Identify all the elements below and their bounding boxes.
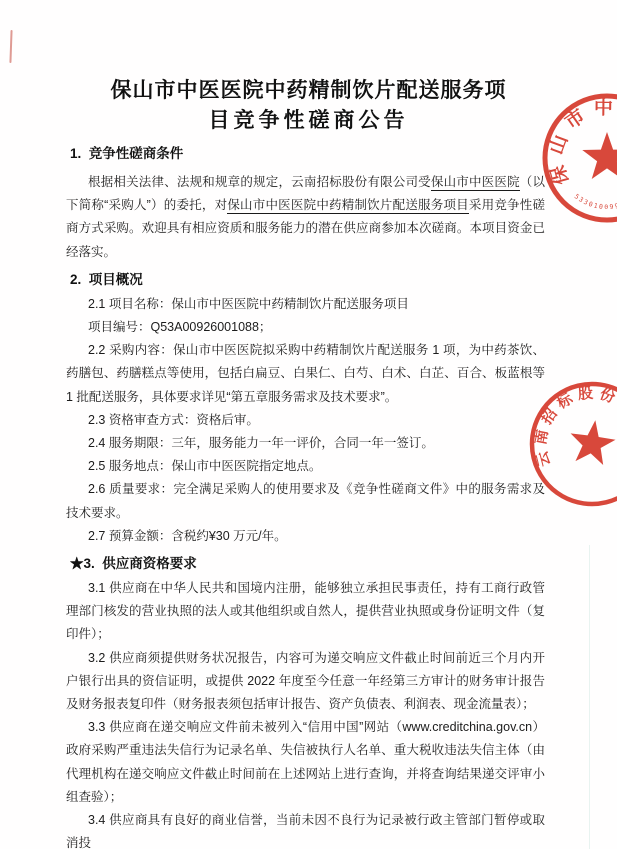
document-title: 保山市中医医院中药精制饮片配送服务项 目竞争性磋商公告 xyxy=(0,76,617,136)
svg-text:5330100991180: 5330100991180 xyxy=(573,192,617,211)
seal-serial-number: 5330100991180 xyxy=(573,192,617,211)
svg-text:云南招标股份有限公司: 云南招标股份有限公司 xyxy=(528,375,617,484)
underlined-project-name: 保山市中医医院中药精制饮片配送服务项目 xyxy=(227,198,469,214)
scan-red-mark xyxy=(9,30,12,63)
scan-fold-line xyxy=(589,545,590,849)
paragraph-consultation-conditions: 根据相关法律、法规和规章的规定，云南招标股份有限公司受保山市中医医院（以下简称“… xyxy=(66,171,545,264)
item-project-name: 2.1 项目名称：保山市中医医院中药精制饮片配送服务项目 xyxy=(66,293,545,316)
official-seal-hospital: 保山市中医医院 5330100991180 xyxy=(532,83,617,233)
item-quality-requirement: 2.6 质量要求：完全满足采购人的使用要求及《竞争性磋商文件》中的服务需求及技术… xyxy=(66,478,545,524)
seal-org-text: 云南招标股份有限公司 xyxy=(528,375,617,484)
document-page: 保山市中医医院中药精制饮片配送服务项 目竞争性磋商公告 1. 竞争性磋商条件 根… xyxy=(0,0,617,849)
item-service-location: 2.5 服务地点：保山市中医医院指定地点。 xyxy=(66,455,545,478)
underlined-purchaser-name: 保山市中医医院 xyxy=(431,175,520,191)
official-seal-tender-agency: 云南招标股份有限公司 xyxy=(507,359,617,528)
item-service-period: 2.4 服务期限：三年，服务能力一年一评价，合同一年一签订。 xyxy=(66,432,545,455)
title-line-1: 保山市中医医院中药精制饮片配送服务项 xyxy=(0,76,617,106)
item-procurement-content: 2.2 采购内容：保山市中医医院拟采购中药精制饮片配送服务 1 项，为中药茶饮、… xyxy=(66,339,545,409)
star-icon xyxy=(567,417,617,466)
item-project-number: 项目编号：Q53A00926001088； xyxy=(66,316,545,339)
document-body: 1. 竞争性磋商条件 根据相关法律、法规和规章的规定，云南招标股份有限公司受保山… xyxy=(66,143,545,849)
section-1-heading: 1. 竞争性磋商条件 xyxy=(66,143,545,165)
item-business-reputation: 3.4 供应商具有良好的商业信誉，当前未因不良行为记录被行政主管部门暂停或取消投 xyxy=(66,809,545,849)
item-supplier-registration: 3.1 供应商在中华人民共和国境内注册，能够独立承担民事责任，持有工商行政管理部… xyxy=(66,577,545,647)
item-credit-china: 3.3 供应商在递交响应文件前未被列入“信用中国”网站（www.creditch… xyxy=(66,716,545,809)
item-financial-report: 3.2 供应商须提供财务状况报告，内容可为递交响应文件截止时间前近三个月内开户银… xyxy=(66,647,545,717)
section-3-heading: ★3. 供应商资格要求 xyxy=(66,553,545,575)
item-budget-amount: 2.7 预算金额：含税约¥30 万元/年。 xyxy=(66,525,545,548)
text-segment: 根据相关法律、法规和规章的规定，云南招标股份有限公司受 xyxy=(88,175,431,189)
title-line-2: 目竞争性磋商公告 xyxy=(0,106,617,136)
section-2-heading: 2. 项目概况 xyxy=(66,269,545,291)
item-qualification-review: 2.3 资格审查方式：资格后审。 xyxy=(66,409,545,432)
star-icon xyxy=(582,132,617,179)
